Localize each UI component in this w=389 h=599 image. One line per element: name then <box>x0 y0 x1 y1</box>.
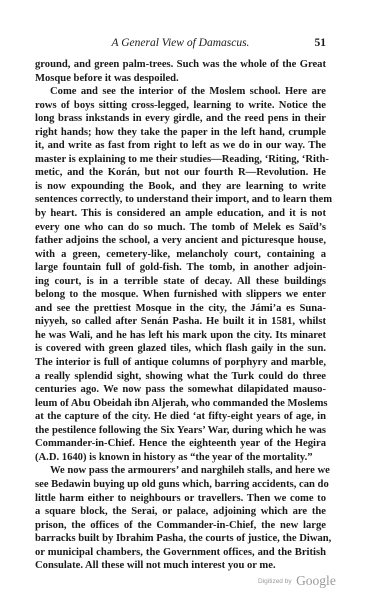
text-line: We now pass the armourers’ and narghileh… <box>35 464 326 478</box>
book-page: A General View of Damascus. 51 ground, a… <box>35 37 326 573</box>
text-line: ground, and green palm-trees. Such was t… <box>35 58 326 72</box>
running-title: A General View of Damascus. <box>35 37 326 49</box>
text-line: is now expounding the Book, and they are… <box>35 180 326 194</box>
text-line: right hands; how they take the paper in … <box>35 126 326 140</box>
text-line: ing court, is in a terrible state of dec… <box>35 275 326 289</box>
text-line: The interior is full of antique columns … <box>35 356 326 370</box>
text-line: little harm either to neighbours or trav… <box>35 492 326 506</box>
body-text: ground, and green palm-trees. Such was t… <box>35 58 326 573</box>
text-line: a square block, the Serai, or palace, ad… <box>35 505 326 519</box>
google-logo-text: Google <box>296 573 336 588</box>
text-line: every one who can do so much. The tomb o… <box>35 221 326 235</box>
page-number: 51 <box>315 37 327 49</box>
text-line: centuries ago. We now pass the somewhat … <box>35 383 326 397</box>
text-line: at the capture of the city. He died ‘at … <box>35 410 326 424</box>
text-line: with a green, cemetery-like, melancholy … <box>35 248 326 262</box>
text-line: or municipal chambers, the Government of… <box>35 546 326 560</box>
watermark-prefix: Digitized by <box>258 578 292 585</box>
text-line: Come and see the interior of the Moslem … <box>35 85 326 99</box>
text-line: is covered with green glazed tiles, whic… <box>35 342 326 356</box>
text-line: rows of boys sitting cross-legged, learn… <box>35 99 326 113</box>
text-line: master is explaining to me their studies… <box>35 153 326 167</box>
text-line: large fountain full of gold-fish. The to… <box>35 261 326 275</box>
text-line: sentences correctly, to understand their… <box>35 193 326 207</box>
text-line: father adjoins the school, a very ancien… <box>35 234 326 248</box>
text-line: a really splendid sight, showing what th… <box>35 370 326 384</box>
text-line: barracks built by Ibrahim Pasha, the cou… <box>35 532 326 546</box>
text-line: prison, the offices of the Commander-in-… <box>35 519 326 533</box>
page-header: A General View of Damascus. 51 <box>35 37 326 55</box>
text-line: belong to the mosque. When furnished wit… <box>35 288 326 302</box>
text-line: the pestilence following the Six Years’ … <box>35 424 326 438</box>
text-line: and see the prettiest Mosque in the city… <box>35 302 326 316</box>
text-line: he was Wali, and he has left his mark up… <box>35 329 326 343</box>
digitized-by-google-watermark: Digitized by Google <box>258 572 336 590</box>
text-line: metic, and the Korán, but not our fourth… <box>35 166 326 180</box>
text-line: Consulate. All these will not much inter… <box>35 559 326 573</box>
text-line: leum of Abu Obeidah ibn Aljerah, who com… <box>35 397 326 411</box>
text-line: long brass inkstands in every girdle, an… <box>35 112 326 126</box>
text-line: by heart. This is considered an ample ed… <box>35 207 326 221</box>
text-line: niyyeh, so called after Senán Pasha. He … <box>35 315 326 329</box>
text-line: see Bedawin buying up old guns which, ba… <box>35 478 326 492</box>
text-line: it, and write as fast from right to left… <box>35 139 326 153</box>
text-line: (A.D. 1640) is known in history as “the … <box>35 451 326 465</box>
text-line: Mosque before it was despoiled. <box>35 72 326 86</box>
text-line: Commander-in-Chief. Hence the eighteenth… <box>35 437 326 451</box>
